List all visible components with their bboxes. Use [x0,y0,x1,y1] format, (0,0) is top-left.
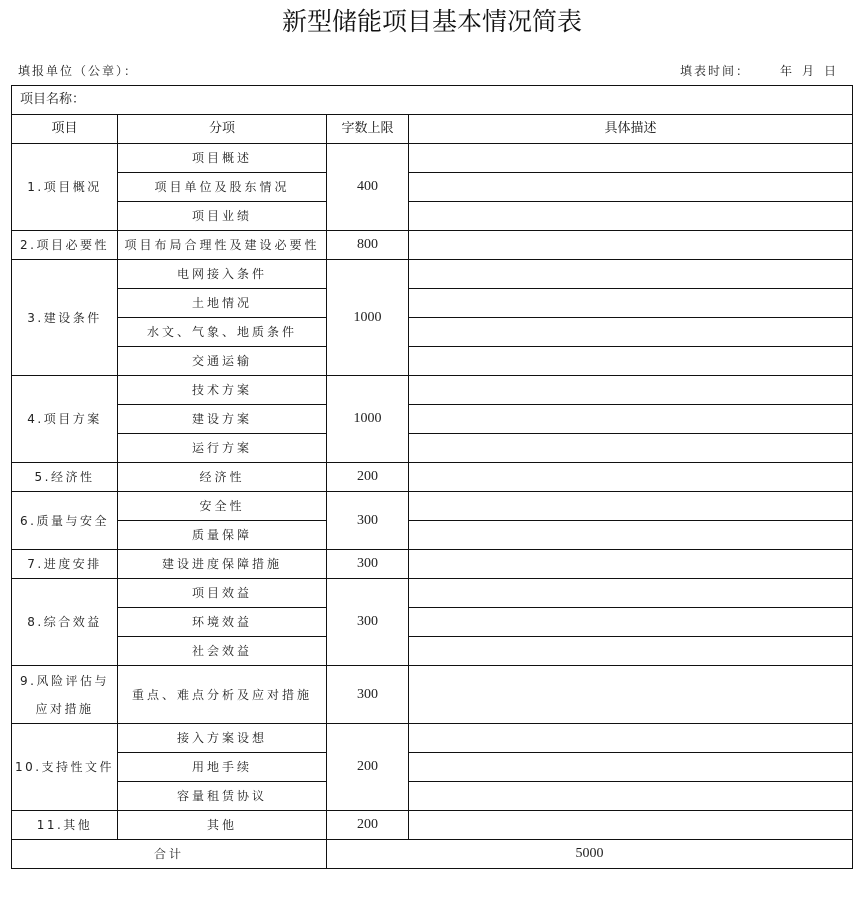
category-cell: 4.项目方案 [12,376,118,463]
header-category: 项目 [12,115,118,144]
project-summary-table: 项目名称： 项目 分项 字数上限 具体描述 1.项目概况 项目概述 400 项目… [11,85,853,869]
description-cell[interactable] [409,173,853,202]
table-row: 7.进度安排 建设进度保障措施 300 [12,550,853,579]
table-row: 项目单位及股东情况 [12,173,853,202]
description-cell[interactable] [409,753,853,782]
table-row: 容量租赁协议 [12,782,853,811]
category-line-1: 9.风险评估与 [12,667,117,695]
day-label: 日 [824,62,838,79]
project-name-row: 项目名称： [12,86,853,115]
table-row: 建设方案 [12,405,853,434]
word-limit-cell: 300 [327,550,409,579]
table-row: 土地情况 [12,289,853,318]
table-header-row: 项目 分项 字数上限 具体描述 [12,115,853,144]
table-row: 环境效益 [12,608,853,637]
category-cell: 1.项目概况 [12,144,118,231]
word-limit-cell: 200 [327,811,409,840]
total-row: 合计 5000 [12,840,853,869]
table-row: 运行方案 [12,434,853,463]
description-cell[interactable] [409,782,853,811]
word-limit-cell: 200 [327,463,409,492]
description-cell[interactable] [409,202,853,231]
table-row: 用地手续 [12,753,853,782]
table-row: 4.项目方案 技术方案 1000 [12,376,853,405]
table-row: 交通运输 [12,347,853,376]
description-cell[interactable] [409,434,853,463]
description-cell[interactable] [409,608,853,637]
description-cell[interactable] [409,724,853,753]
subitem-cell: 接入方案设想 [118,724,327,753]
category-cell: 7.进度安排 [12,550,118,579]
subitem-cell: 质量保障 [118,521,327,550]
table-row: 3.建设条件 电网接入条件 1000 [12,260,853,289]
word-limit-cell: 300 [327,579,409,666]
subitem-cell: 建设进度保障措施 [118,550,327,579]
description-cell[interactable] [409,260,853,289]
category-cell: 9.风险评估与 应对措施 [12,666,118,724]
subitem-cell: 项目布局合理性及建设必要性 [118,231,327,260]
description-cell[interactable] [409,811,853,840]
subitem-cell: 容量租赁协议 [118,782,327,811]
subitem-cell: 水文、气象、地质条件 [118,318,327,347]
project-name-field[interactable]: 项目名称： [12,86,853,115]
description-cell[interactable] [409,347,853,376]
word-limit-cell: 1000 [327,260,409,376]
table-row: 9.风险评估与 应对措施 重点、难点分析及应对措施 300 [12,666,853,724]
description-cell[interactable] [409,318,853,347]
subitem-cell: 项目单位及股东情况 [118,173,327,202]
reporting-unit-label: 填报单位（公章）： [18,62,138,79]
total-value: 5000 [327,840,853,869]
subitem-cell: 运行方案 [118,434,327,463]
subitem-cell: 经济性 [118,463,327,492]
subitem-cell: 重点、难点分析及应对措施 [118,666,327,724]
subitem-cell: 项目概述 [118,144,327,173]
subitem-cell: 电网接入条件 [118,260,327,289]
category-cell: 5.经济性 [12,463,118,492]
word-limit-cell: 1000 [327,376,409,463]
document-title: 新型储能项目基本情况简表 [0,2,864,38]
subitem-cell: 建设方案 [118,405,327,434]
table-row: 6.质量与安全 安全性 300 [12,492,853,521]
subitem-cell: 技术方案 [118,376,327,405]
description-cell[interactable] [409,550,853,579]
header-subitem: 分项 [118,115,327,144]
subitem-cell: 社会效益 [118,637,327,666]
description-cell[interactable] [409,463,853,492]
month-label: 月 [802,62,816,79]
header-description: 具体描述 [409,115,853,144]
project-name-label: 项目名称： [20,92,85,107]
subitem-cell: 土地情况 [118,289,327,318]
word-limit-cell: 200 [327,724,409,811]
category-cell: 11.其他 [12,811,118,840]
year-label: 年 [780,62,794,79]
table-row: 质量保障 [12,521,853,550]
description-cell[interactable] [409,376,853,405]
subitem-cell: 项目业绩 [118,202,327,231]
word-limit-cell: 300 [327,666,409,724]
table-row: 5.经济性 经济性 200 [12,463,853,492]
subitem-cell: 环境效益 [118,608,327,637]
description-cell[interactable] [409,289,853,318]
table-row: 2.项目必要性 项目布局合理性及建设必要性 800 [12,231,853,260]
description-cell[interactable] [409,144,853,173]
category-cell: 10.支持性文件 [12,724,118,811]
category-cell: 2.项目必要性 [12,231,118,260]
description-cell[interactable] [409,405,853,434]
table-row: 1.项目概况 项目概述 400 [12,144,853,173]
description-cell[interactable] [409,521,853,550]
category-cell: 8.综合效益 [12,579,118,666]
table-row: 8.综合效益 项目效益 300 [12,579,853,608]
table-row: 社会效益 [12,637,853,666]
description-cell[interactable] [409,579,853,608]
subitem-cell: 用地手续 [118,753,327,782]
table-row: 项目业绩 [12,202,853,231]
total-label: 合计 [12,840,327,869]
description-cell[interactable] [409,492,853,521]
category-cell: 3.建设条件 [12,260,118,376]
category-line-2: 应对措施 [12,695,117,723]
category-cell: 6.质量与安全 [12,492,118,550]
description-cell[interactable] [409,231,853,260]
subitem-cell: 交通运输 [118,347,327,376]
table-row: 10.支持性文件 接入方案设想 200 [12,724,853,753]
table-row: 11.其他 其他 200 [12,811,853,840]
header-word-limit: 字数上限 [327,115,409,144]
subitem-cell: 项目效益 [118,579,327,608]
word-limit-cell: 300 [327,492,409,550]
fill-date: 填表时间：年月日 [680,62,838,79]
fill-date-label: 填表时间： [680,64,750,78]
subitem-cell: 其他 [118,811,327,840]
word-limit-cell: 400 [327,144,409,231]
description-cell[interactable] [409,666,853,724]
description-cell[interactable] [409,637,853,666]
table-row: 水文、气象、地质条件 [12,318,853,347]
word-limit-cell: 800 [327,231,409,260]
subitem-cell: 安全性 [118,492,327,521]
